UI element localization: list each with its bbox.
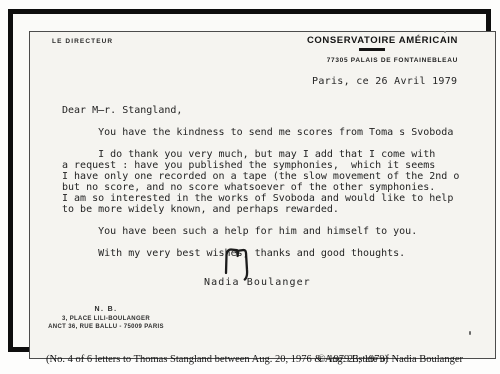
signature-name: Nadia Boulanger (204, 277, 311, 288)
paper-speck (469, 331, 471, 335)
director-label: LE DIRECTEUR (52, 38, 113, 45)
footer-address-line1: 3, PLACE LILI-BOULANGER (38, 316, 174, 322)
letter-body: Dear M̶r. Stangland, You have the kindne… (62, 105, 459, 259)
footer-initials: N. B. (38, 306, 174, 313)
footer-letterhead: N. B. 3, PLACE LILI-BOULANGER ANCT 36, R… (38, 306, 174, 330)
letterhead-address: 77305 PALAIS DE FONTAINEBLEAU (327, 57, 458, 64)
paper-speck (444, 31, 446, 33)
institution-name: CONSERVATOIRE AMÉRICAIN (307, 35, 458, 46)
scanned-letter-page: LE DIRECTEUR CONSERVATOIRE AMÉRICAIN 773… (0, 0, 500, 374)
caption-copyright: © 1979 Estate of Nadia Boulanger (318, 354, 463, 365)
footer-address-line2: ANCT 36, RUE BALLU - 75009 PARIS (38, 324, 174, 330)
dateline: Paris, ce 26 Avril 1979 (312, 76, 457, 87)
letterhead-rule (359, 48, 385, 51)
